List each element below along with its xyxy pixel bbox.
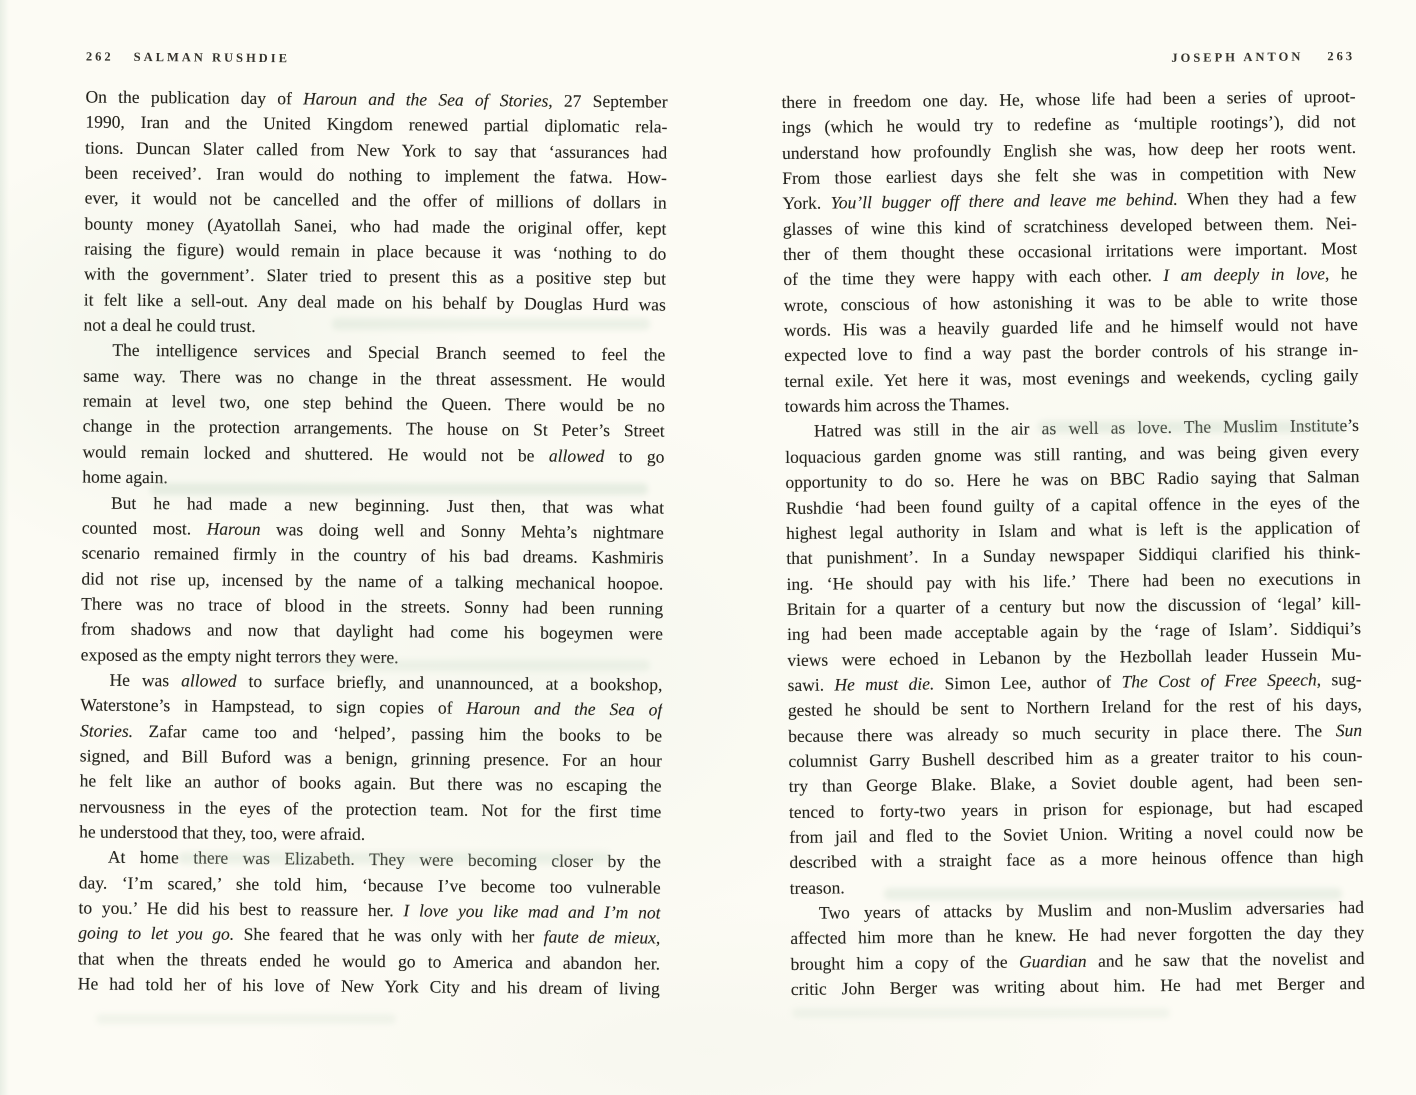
left-running-head: SALMAN RUSHDIE (134, 50, 290, 66)
left-running-header: 262 SALMAN RUSHDIE (86, 49, 668, 72)
paragraph: there in freedom one day. He, whose life… (781, 84, 1358, 419)
right-running-head: JOSEPH ANTON (1171, 50, 1303, 66)
text-line: critic John Berger was writing about him… (791, 971, 1365, 1002)
left-page: 262 SALMAN RUSHDIE On the publication da… (0, 0, 708, 1095)
paragraph: He was allowed to surface briefly, and u… (79, 667, 663, 849)
left-page-content: 262 SALMAN RUSHDIE On the publication da… (78, 49, 668, 1001)
right-running-header: JOSEPH ANTON 263 (781, 49, 1355, 73)
text-line: would remain locked and shuttered. He wo… (82, 439, 664, 469)
paragraph: But he had made a new beginning. Just th… (81, 490, 665, 672)
right-page-content: JOSEPH ANTON 263 there in freedom one da… (781, 49, 1365, 1002)
left-body-text: On the publication day of Haroun and the… (78, 84, 668, 1001)
paragraph: Two years of attacks by Muslim and non-M… (790, 895, 1365, 1002)
paragraph: Hatred was still in the air as well as l… (785, 413, 1364, 901)
right-page-number: 263 (1327, 49, 1355, 64)
right-page: JOSEPH ANTON 263 there in freedom one da… (708, 0, 1416, 1095)
book-scan: { "left": { "page_number": "262", "runni… (0, 0, 1416, 1095)
left-page-number: 262 (86, 49, 114, 64)
paragraph: The intelligence services and Special Br… (82, 338, 665, 495)
paragraph: On the publication day of Haroun and the… (83, 84, 667, 343)
right-body-text: there in freedom one day. He, whose life… (781, 84, 1365, 1002)
paragraph: At home there was Elizabeth. They were b… (78, 845, 661, 1002)
text-line: He had told her of his love of New York … (78, 971, 660, 1001)
